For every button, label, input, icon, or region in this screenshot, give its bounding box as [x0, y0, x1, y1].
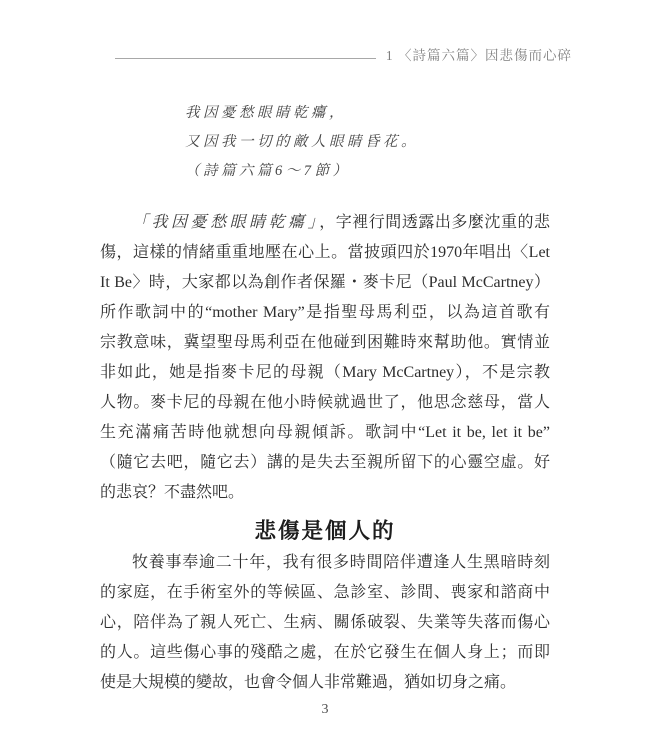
text-line: 傷，這樣的情緒重重地壓在心上。當披頭四於1970年唱出〈Let [100, 238, 550, 268]
text-line: 的家庭，在手術室外的等候區、急診室、診間、喪家和諮商中 [100, 578, 550, 608]
text-line: 牧養事奉逾二十年，我有很多時間陪伴遭逢人生黑暗時刻 [100, 548, 550, 578]
chapter-title: 1 〈詩篇六篇〉因悲傷而心碎 [386, 44, 572, 64]
text-line: 的人。這些傷心事的殘酷之處，在於它發生在個人身上；而即 [100, 638, 550, 668]
body-paragraph-2: 牧養事奉逾二十年，我有很多時間陪伴遭逢人生黑暗時刻的家庭，在手術室外的等候區、急… [100, 548, 550, 698]
text-line: 心，陪伴為了親人死亡、生病、關係破裂、失業等失落而傷心 [100, 608, 550, 638]
text-line: 非如此，她是指麥卡尼的母親（Mary McCartney），不是宗教 [100, 358, 550, 388]
text-segment: ，字裡行間透露出多麼沈重的悲 [319, 214, 550, 231]
text-line: 人物。麥卡尼的母親在他小時候就過世了，他思念慈母，當人 [100, 388, 550, 418]
scripture-epigraph: 我因憂愁眼睛乾癟，又因我一切的敵人眼睛昏花。（詩篇六篇6～7節） [185, 99, 419, 186]
text-line: 的悲哀？不盡然吧。 [100, 478, 550, 508]
text-line: 所作歌詞中的“mother Mary”是指聖母馬利亞，以為這首歌有 [100, 298, 550, 328]
text-line: 使是大規模的變故，也會令個人非常難過，猶如切身之痛。 [100, 668, 550, 698]
quoted-scripture-text: 「我因憂愁眼睛乾癟」 [132, 214, 319, 231]
body-paragraph-1: 「我因憂愁眼睛乾癟」，字裡行間透露出多麼沈重的悲傷，這樣的情緒重重地壓在心上。當… [100, 208, 550, 508]
text-line: It Be〉時，大家都以為創作者保羅・麥卡尼（Paul McCartney） [100, 268, 550, 298]
text-line: 「我因憂愁眼睛乾癟」，字裡行間透露出多麼沈重的悲 [100, 208, 550, 238]
book-page: 1 〈詩篇六篇〉因悲傷而心碎 我因憂愁眼睛乾癟，又因我一切的敵人眼睛昏花。（詩篇… [0, 0, 650, 750]
epigraph-line: 我因憂愁眼睛乾癟， [185, 99, 419, 128]
text-line: 宗教意味，冀望聖母馬利亞在他碰到困難時來幫助他。實情並 [100, 328, 550, 358]
epigraph-line: 又因我一切的敵人眼睛昏花。 [185, 128, 419, 157]
section-heading: 悲傷是個人的 [100, 516, 550, 546]
text-line: （隨它去吧，隨它去）講的是失去至親所留下的心靈空虛。好 [100, 448, 550, 478]
page-number: 3 [0, 702, 650, 718]
running-header: 1 〈詩篇六篇〉因悲傷而心碎 [115, 44, 572, 64]
header-rule-divider [115, 58, 376, 59]
epigraph-line: （詩篇六篇6～7節） [185, 157, 419, 186]
text-line: 生充滿痛苦時他就想向母親傾訴。歌詞中“Let it be, let it be” [100, 418, 550, 448]
